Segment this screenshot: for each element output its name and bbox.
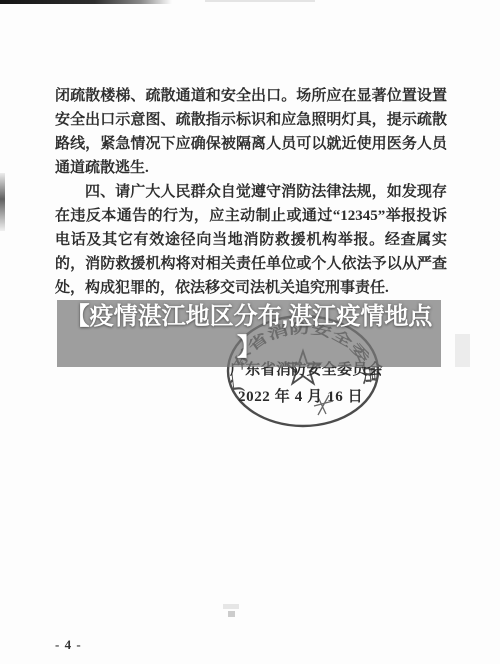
overlay-title-line2: 】 (237, 332, 261, 363)
overlay-title-line1: 【疫情湛江地区分布,湛江疫情地点 (66, 301, 433, 332)
paragraph-item-four: 四、请广大人民群众自觉遵守消防法律法规，如发现存在违反本通告的行为，应主动制止或… (55, 180, 447, 300)
title-overlay-banner: 【疫情湛江地区分布,湛江疫情地点 】 (57, 300, 441, 367)
paragraph-continuation: 闭疏散楼梯、疏散通道和安全出口。场所应在显著位置设置安全出口示意图、疏散指示标识… (55, 84, 447, 180)
page-number: - 4 - (55, 637, 82, 653)
scan-smudge (205, 0, 315, 2)
scan-edge-artifact (0, 0, 172, 4)
scan-smudge (0, 173, 5, 231)
scanned-document-page: 闭疏散楼梯、疏散通道和安全出口。场所应在显著位置设置安全出口示意图、疏散指示标识… (0, 0, 500, 664)
document-body: 闭疏散楼梯、疏散通道和安全出口。场所应在显著位置设置安全出口示意图、疏散指示标识… (55, 84, 447, 300)
scan-smudge (228, 611, 235, 617)
date-line: 2022 年 4 月 16 日 (238, 385, 363, 406)
scan-smudge (455, 334, 470, 367)
scan-smudge (223, 604, 239, 609)
